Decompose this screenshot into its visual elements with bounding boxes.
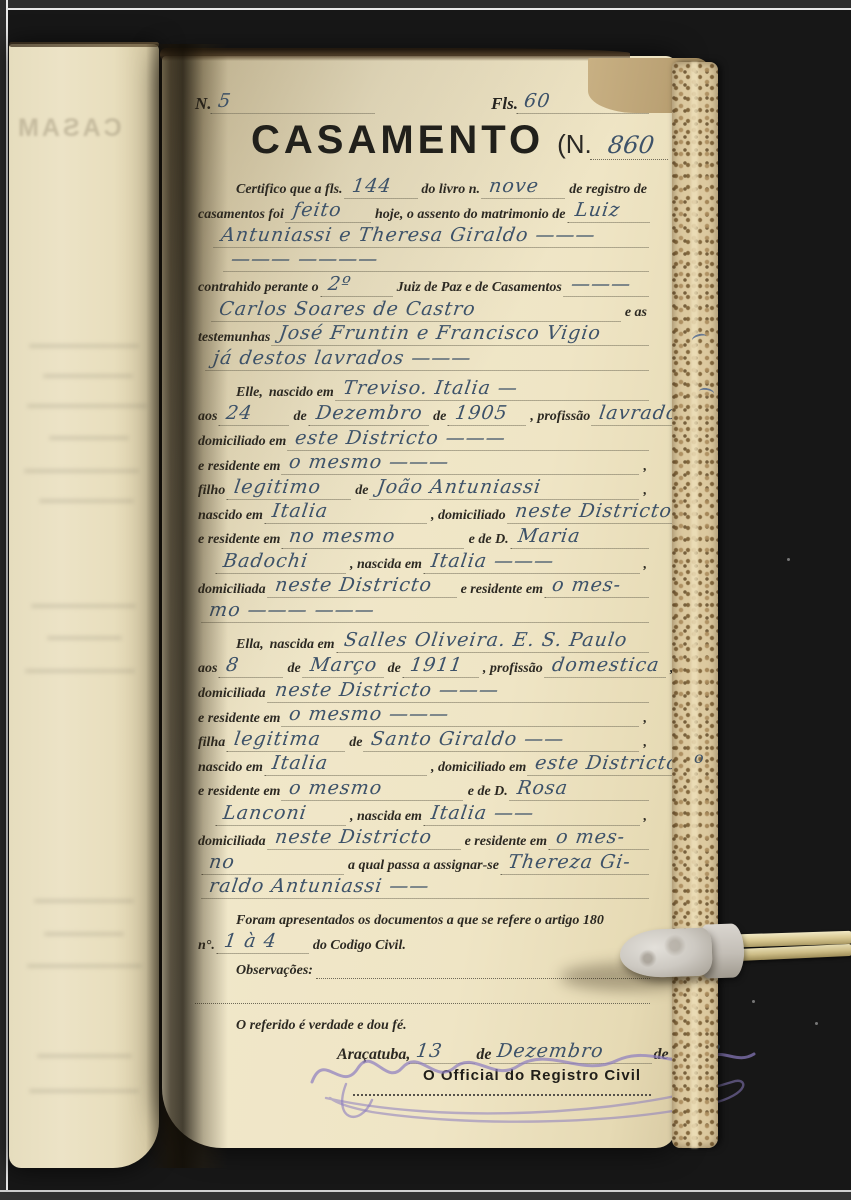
- printed-text: nascido em: [266, 384, 337, 402]
- handwritten-entry: Italia ——: [423, 804, 642, 826]
- handwritten-entry: Luiz: [567, 201, 652, 223]
- left-verso-page: CASAM: [9, 44, 159, 1168]
- form-line: Ella,nascida emSalles Oliveira. E. S. Pa…: [195, 629, 650, 654]
- handwritten-entry: legitima: [227, 730, 348, 752]
- printed-text: nascida em: [267, 636, 338, 654]
- form-line: filhalegitimadeSanto Giraldo ——,: [195, 727, 650, 752]
- form-line: contrahido perante o2ºJuiz de Paz e de C…: [195, 272, 650, 297]
- printed-text: de: [346, 734, 365, 752]
- printed-text: Elle,: [233, 384, 266, 402]
- form-line: e residente emno mesmoe de D.Maria: [195, 524, 650, 549]
- handwritten-entry: este Districto ———: [288, 429, 652, 451]
- handwritten-entry: Thereza Gi-: [500, 853, 651, 875]
- printed-text: domiciliado em: [195, 433, 289, 451]
- form-line: domiciliado emeste Districto ———: [195, 426, 650, 451]
- form-line: já destos lavrados ———: [195, 346, 650, 371]
- printed-text: domiciliada: [195, 833, 269, 851]
- printed-text: filho: [195, 482, 228, 500]
- handwritten-entry: neste Districto: [507, 502, 681, 524]
- printed-text: Juiz de Paz e de Casamentos: [394, 279, 565, 297]
- handwritten-entry: este Districto: [528, 754, 689, 776]
- form-line: Badochi, nascida emItalia ———,: [195, 549, 650, 574]
- form-line: e residente emo mesmoe de D.Rosa: [195, 776, 650, 801]
- printed-text: do livro n.: [418, 181, 483, 199]
- handwritten-entry: o mesmo ———: [282, 705, 642, 727]
- printed-text: ,: [641, 458, 651, 476]
- handwritten-entry: Badochi: [215, 552, 348, 574]
- printed-text: aos: [195, 660, 220, 678]
- handwritten-entry: Italia: [264, 502, 429, 524]
- handwritten-entry: 144: [344, 177, 420, 199]
- handwritten-entry: 24: [219, 404, 292, 426]
- printed-text: ,: [641, 710, 651, 728]
- printed-text: de: [385, 660, 404, 678]
- dust-speck: [752, 1000, 755, 1003]
- mat-band-bottom: [0, 1192, 851, 1200]
- handwritten-entry: neste Districto: [267, 828, 463, 850]
- date-row: Araçatuba, 13 de Dezembro de 19 32: [337, 1038, 650, 1064]
- printed-text: e residente em: [195, 531, 283, 549]
- handwritten-entry: 1905: [448, 404, 529, 426]
- dust-speck: [815, 1022, 818, 1025]
- handwritten-entry: Carlos Soares de Castro: [211, 300, 623, 322]
- handwritten-entry: neste Districto ———: [267, 681, 651, 703]
- mat-hairline-bottom: [0, 1190, 851, 1192]
- title-row: CASAMENTO (N. 860 ): [195, 120, 650, 166]
- ghost-bleedthrough-title: CASAM: [15, 114, 122, 143]
- printed-text: , profissão: [527, 408, 593, 426]
- handwritten-entry: o mesmo: [282, 779, 466, 801]
- form-line: filholegitimodeJoão Antuniassi,: [195, 475, 650, 500]
- handwritten-entry: Santo Giraldo ——: [364, 730, 642, 752]
- handwritten-entry: neste Districto: [267, 576, 459, 598]
- number-label: N.: [195, 94, 212, 114]
- printed-text: aos: [195, 408, 220, 426]
- handwritten-entry: Dezembro: [308, 404, 432, 426]
- printed-text: Ella,: [233, 636, 267, 654]
- printed-text: de registro de: [566, 181, 650, 199]
- date-city: Araçatuba,: [337, 1046, 410, 1064]
- handwritten-entry: Maria: [510, 527, 651, 549]
- form-line: aos8deMarçode1911, profissãodomestica,: [195, 653, 650, 678]
- handwritten-entry: legitimo: [227, 478, 354, 500]
- printed-text: Certifico que a fls.: [233, 181, 346, 199]
- form-line: e residente emo mesmo ———,: [195, 702, 650, 727]
- form-line: mo ——— ———: [195, 598, 650, 623]
- handwritten-entry: o mesmo ———: [282, 453, 642, 475]
- printed-text: ,: [641, 556, 651, 574]
- handwritten-entry: o mes-: [548, 828, 651, 850]
- handwritten-entry: Treviso. Italia —: [335, 379, 651, 401]
- printed-text: de: [290, 408, 309, 426]
- handwritten-entry: Lanconi: [215, 804, 348, 826]
- handwritten-entry: Italia ———: [423, 552, 642, 574]
- printed-text: nascido em: [195, 507, 266, 525]
- printed-text: n°.: [195, 937, 218, 955]
- handwritten-entry: José Fruntin e Francisco Vigio: [272, 324, 652, 346]
- pointer-bone-tip: [619, 927, 713, 978]
- scanned-document-photo: CASAM N. 5 Fls. 60: [0, 0, 851, 1200]
- printed-text: , profissão: [480, 660, 546, 678]
- handwritten-entry: ——— ————: [223, 250, 651, 272]
- printed-text: do Codigo Civil.: [310, 937, 409, 955]
- handwritten-entry: 1911: [402, 656, 481, 678]
- printed-text: contrahido perante o: [195, 279, 322, 297]
- handwritten-entry: já destos lavrados ———: [205, 349, 651, 371]
- form-line: e residente emo mesmo ———,: [195, 451, 650, 476]
- form-line: domiciliadaneste Districto ———: [195, 678, 650, 703]
- printed-text: , domiciliado: [428, 507, 509, 525]
- handwritten-entry: Março: [302, 656, 386, 678]
- printed-text: e de D.: [465, 783, 511, 801]
- handwritten-entry: no mesmo: [282, 527, 467, 549]
- date-day: 13: [409, 1042, 478, 1064]
- form-line: ——— ————: [195, 248, 650, 273]
- handwritten-entry: feito: [285, 201, 373, 223]
- printed-text: e residente em: [462, 833, 550, 851]
- handwritten-entry: Antuniassi e Theresa Giraldo ———: [213, 226, 651, 248]
- printed-text: hoje, o assento do matrimonio de: [372, 206, 569, 224]
- printed-text: Foram apresentados os documentos a que s…: [233, 912, 607, 930]
- form-line: testemunhasJosé Fruntin e Francisco Vigi…: [195, 322, 650, 347]
- form-line: Lanconi, nascida emItalia ——,: [195, 801, 650, 826]
- official-label: O Official do Registro Civil: [423, 1067, 650, 1084]
- printed-text: de: [284, 660, 303, 678]
- printed-text: e residente em: [195, 710, 283, 728]
- form-line: domiciliadaneste Districtoe residente em…: [195, 825, 650, 850]
- fls-label: Fls.: [491, 94, 518, 114]
- form-line: nascido emItalia, domiciliado emeste Dis…: [195, 752, 650, 777]
- form-line: aos24deDezembrode1905, profissãolavrador…: [195, 401, 650, 426]
- printed-text: Observações:: [233, 962, 316, 980]
- form-line: Certifico que a fls.144do livro n.novede…: [195, 174, 650, 199]
- form-line: Antuniassi e Theresa Giraldo ———: [195, 223, 650, 248]
- printed-text: ,: [641, 734, 651, 752]
- printed-text: casamentos foi: [195, 206, 287, 224]
- handwritten-entry: João Antuniassi: [370, 478, 642, 500]
- handwritten-entry: 2º: [320, 275, 395, 297]
- printed-text: e as: [622, 304, 650, 322]
- printed-text: filha: [195, 734, 228, 752]
- printed-text: domiciliada: [195, 581, 269, 599]
- signature-rule: [353, 1094, 651, 1096]
- printed-text: e de D.: [466, 531, 512, 549]
- printed-text: O referido é verdade e dou fé.: [233, 1017, 410, 1035]
- dust-speck: [787, 558, 790, 561]
- printed-text: e residente em: [195, 783, 283, 801]
- title-number-value: 860: [590, 131, 672, 160]
- handwritten-entry: raldo Antuniassi ——: [201, 877, 651, 899]
- title-number-open: (N.: [557, 129, 592, 160]
- binding-top-edge: [160, 48, 630, 61]
- stray-ink-mark: o: [694, 748, 704, 767]
- handwritten-entry: 1 à 4: [216, 932, 311, 954]
- number-value: 5: [210, 92, 377, 114]
- form-line: Foram apresentados os documentos a que s…: [195, 905, 650, 930]
- mat-hairline-top: [0, 8, 851, 10]
- handwritten-entry: ———: [563, 275, 651, 297]
- form-line: Elle,nascido emTreviso. Italia —: [195, 377, 650, 402]
- printed-text: , nascida em: [347, 808, 425, 826]
- handwritten-entry: Rosa: [509, 779, 651, 801]
- form-line: domiciliadaneste Districtoe residente em…: [195, 574, 650, 599]
- printed-text: ,: [641, 808, 651, 826]
- handwritten-entry: no: [201, 853, 346, 875]
- printed-text: testemunhas: [195, 329, 273, 347]
- printed-text: de: [352, 482, 371, 500]
- printed-text: nascido em: [195, 759, 266, 777]
- handwritten-entry: domestica: [544, 656, 668, 678]
- date-month: Dezembro: [490, 1042, 655, 1064]
- handwritten-entry: Italia: [264, 754, 429, 776]
- printed-text: , nascida em: [347, 556, 425, 574]
- form-line: O referido é verdade e dou fé.: [195, 1010, 650, 1035]
- document-title: CASAMENTO: [251, 120, 544, 160]
- handwritten-entry: Salles Oliveira. E. S. Paulo: [336, 631, 652, 653]
- printed-text: de: [430, 408, 449, 426]
- form-line: nascido emItalia, domiciliadoneste Distr…: [195, 500, 650, 525]
- handwritten-entry: 8: [219, 656, 286, 678]
- printed-text: e residente em: [458, 581, 546, 599]
- handwritten-entry: o mes-: [544, 576, 651, 598]
- mat-band-top: [0, 0, 851, 8]
- meta-row: N. 5 Fls. 60: [195, 92, 650, 114]
- printed-text: domiciliada: [195, 685, 269, 703]
- printed-text: e residente em: [195, 458, 283, 476]
- mat-hairline-left: [6, 0, 8, 1200]
- form-lines: Certifico que a fls.144do livro n.novede…: [195, 174, 650, 1034]
- printed-text: a qual passa a assignar-se: [345, 857, 502, 875]
- form-line: n°.1 à 4do Codigo Civil.: [195, 930, 650, 955]
- handwritten-entry: mo ——— ———: [201, 601, 651, 623]
- form-line: Carlos Soares de Castroe as: [195, 297, 650, 322]
- form-line: raldo Antuniassi ——: [195, 875, 650, 900]
- handwritten-entry: nove: [482, 177, 568, 199]
- form-line: casamentos foifeitohoje, o assento do ma…: [195, 199, 650, 224]
- printed-text: ,: [641, 482, 651, 500]
- form-line: noa qual passa a assignar-seThereza Gi-: [195, 850, 650, 875]
- printed-text: , domiciliado em: [428, 759, 529, 777]
- bone-pointer-sticks: [618, 916, 851, 992]
- certificate-content: N. 5 Fls. 60 CASAMENTO (N. 860 ) Certifi…: [195, 92, 650, 1096]
